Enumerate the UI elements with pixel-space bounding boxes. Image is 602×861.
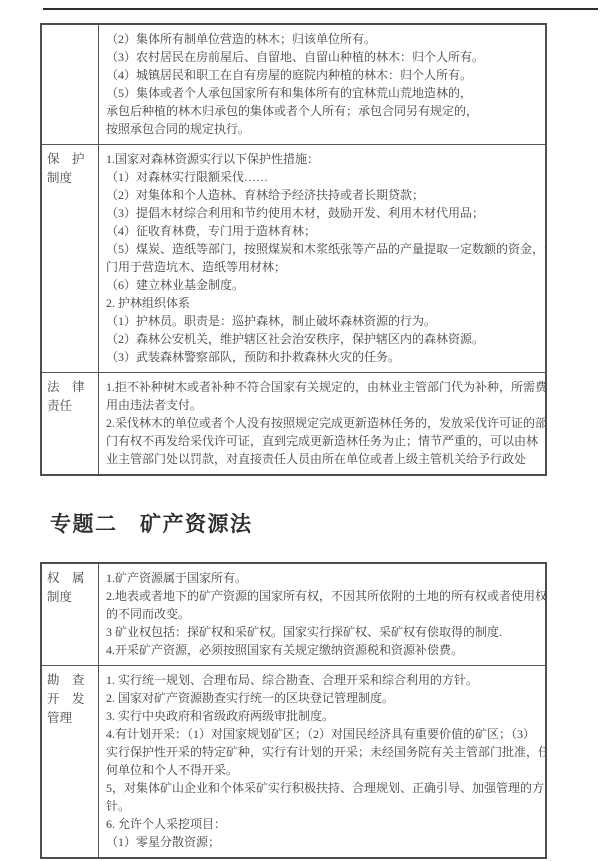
text-line: （3）武装森林警察部队，预防和扑救森林火灾的任务。 bbox=[106, 348, 545, 366]
row-content: 1.国家对森林资源实行以下保护性措施：（1）对森林实行限额采伐……（2）对集体和… bbox=[99, 145, 545, 372]
text-line: 3 矿业权包括：探矿权和采矿权。国家实行探矿权、采矿权有偿取得的制度. bbox=[106, 623, 545, 641]
text-line: （2）对集体和个人造林、育林给予经济扶持或者长期贷款； bbox=[106, 186, 545, 204]
text-line: 2.采伐林木的单位或者个人没有按照规定完成更新造林任务的，发放采伐许可证的部 bbox=[106, 414, 545, 432]
text-line: 1.国家对森林资源实行以下保护性措施： bbox=[106, 150, 545, 168]
ownership-system-row: 权 属制度 1.矿产资源属于国家所有。2.地表或者地下的矿产资源的国家所有权，不… bbox=[42, 564, 545, 665]
text-line: 责任 bbox=[47, 397, 96, 416]
text-line: 针。 bbox=[106, 797, 545, 815]
text-line: 1. 实行统一规划、合理布局、综合勘查、合理开采和综合利用的方针。 bbox=[106, 671, 545, 689]
page-top-rule bbox=[43, 8, 598, 10]
mineral-law-table: 权 属制度 1.矿产资源属于国家所有。2.地表或者地下的矿产资源的国家所有权，不… bbox=[40, 562, 547, 859]
text-line: （5）集体或者个人承包国家所有和集体所有的宜林荒山荒地造林的， bbox=[106, 84, 545, 102]
text-line: 制度 bbox=[47, 169, 96, 188]
text-line: 4.有计划开采：（1）对国家规划矿区；（2）对国民经济具有重要价值的矿区；（3） bbox=[106, 725, 545, 743]
row-content: 1.矿产资源属于国家所有。2.地表或者地下的矿产资源的国家所有权，不因其所依附的… bbox=[99, 564, 545, 665]
text-line: （3）提倡木材综合利用和节约使用木材，鼓励开发、利用木材代用品； bbox=[106, 204, 545, 222]
row-label: 保 护制度 bbox=[42, 145, 99, 372]
text-line: 按照承包合同的规定执行。 bbox=[106, 120, 545, 138]
text-line: 3. 实行中央政府和省级政府两级审批制度。 bbox=[106, 707, 545, 725]
text-line: 业主管部门处以罚款，对直接责任人员由所在单位或者上级主管机关给予行政处 bbox=[106, 450, 545, 468]
text-line: 2. 护林组织体系 bbox=[106, 294, 545, 312]
row-content: （2）集体所有制单位营造的林木；归该单位所有。（3）农村居民在房前屋后、自留地、… bbox=[99, 25, 545, 144]
row-label: 权 属制度 bbox=[42, 564, 99, 665]
text-line: 门有权不再发给采伐许可证，直到完成更新造林任务为止；情节严重的，可以由林 bbox=[106, 432, 545, 450]
text-line: 实行保护性开采的特定矿种，实行有计划的开采；未经国务院有关主管部门批准，任 bbox=[106, 743, 545, 761]
text-line: 权 属 bbox=[47, 569, 96, 588]
row-content: 1. 实行统一规划、合理布局、综合勘查、合理开采和综合利用的方针。2. 国家对矿… bbox=[99, 666, 545, 857]
exploration-development-management-row: 勘 查开 发管理 1. 实行统一规划、合理布局、综合勘查、合理开采和综合利用的方… bbox=[42, 665, 545, 857]
text-line: （6）建立林业基金制度。 bbox=[106, 276, 545, 294]
text-line: 2.地表或者地下的矿产资源的国家所有权，不因其所依附的土地的所有权或者使用权 bbox=[106, 587, 545, 605]
text-line: （1）零星分散资源； bbox=[106, 833, 545, 851]
text-line: 1.拒不补种树木或者补种不符合国家有关规定的，由林业主管部门代为补种，所需费 bbox=[106, 378, 545, 396]
row-label: 勘 查开 发管理 bbox=[42, 666, 99, 857]
text-line: 5，对集体矿山企业和个体采矿实行积极扶持、合理规划、正确引导、加强管理的方 bbox=[106, 779, 545, 797]
text-line: 1.矿产资源属于国家所有。 bbox=[106, 569, 545, 587]
text-line: 开 发 bbox=[47, 690, 96, 709]
row-label bbox=[42, 25, 99, 144]
document-page: （2）集体所有制单位营造的林木；归该单位所有。（3）农村居民在房前屋后、自留地、… bbox=[0, 0, 602, 861]
text-line: 门用于营造坑木、造纸等用材林； bbox=[106, 258, 545, 276]
text-line: （3）农村居民在房前屋后、自留地、自留山种植的林木：归个人所有。 bbox=[106, 48, 545, 66]
text-line: （1）护林员。职责是：巡护森林，制止破坏森林资源的行为。 bbox=[106, 312, 545, 330]
text-line: 4.开采矿产资源，必须按照国家有关规定缴纳资源税和资源补偿费。 bbox=[106, 641, 545, 659]
protection-system-row: 保 护制度 1.国家对森林资源实行以下保护性措施：（1）对森林实行限额采伐……（… bbox=[42, 144, 545, 372]
topic2-heading: 专题二 矿产资源法 bbox=[50, 508, 602, 538]
text-line: 6. 允许个人采挖项目： bbox=[106, 815, 545, 833]
forest-ownership-continuation-row: （2）集体所有制单位营造的林木；归该单位所有。（3）农村居民在房前屋后、自留地、… bbox=[42, 25, 545, 144]
text-line: （2）集体所有制单位营造的林木；归该单位所有。 bbox=[106, 30, 545, 48]
text-line: 法 律 bbox=[47, 378, 96, 397]
forest-law-table: （2）集体所有制单位营造的林木；归该单位所有。（3）农村居民在房前屋后、自留地、… bbox=[40, 23, 547, 476]
text-line: 承包后种植的林木归承包的集体或者个人所有；承包合同另有规定的， bbox=[106, 102, 545, 120]
text-line: 保 护 bbox=[47, 150, 96, 169]
text-line: 的不同而改变。 bbox=[106, 605, 545, 623]
legal-liability-row: 法 律责任 1.拒不补种树木或者补种不符合国家有关规定的，由林业主管部门代为补种… bbox=[42, 372, 545, 474]
text-line: （4）征收育林费，专门用于造林育林； bbox=[106, 222, 545, 240]
text-line: （4）城镇居民和职工在自有房屋的庭院内种植的林木：归个人所有。 bbox=[106, 66, 545, 84]
text-line: （2）森林公安机关，维护辖区社会治安秩序，保护辖区内的森林资源。 bbox=[106, 330, 545, 348]
row-content: 1.拒不补种树木或者补种不符合国家有关规定的，由林业主管部门代为补种，所需费用由… bbox=[99, 373, 545, 474]
text-line: 制度 bbox=[47, 588, 96, 607]
text-line: 用由违法者支付。 bbox=[106, 396, 545, 414]
text-line: 勘 查 bbox=[47, 671, 96, 690]
row-label: 法 律责任 bbox=[42, 373, 99, 474]
text-line: 何单位和个人不得开采。 bbox=[106, 761, 545, 779]
text-line: （5）煤炭、造纸等部门，按照煤炭和木浆纸张等产品的产量提取一定数额的资金，专 bbox=[106, 240, 545, 258]
text-line: 2. 国家对矿产资源勘查实行统一的区块登记管理制度。 bbox=[106, 689, 545, 707]
text-line: 管理 bbox=[47, 709, 96, 728]
text-line: （1）对森林实行限额采伐…… bbox=[106, 168, 545, 186]
